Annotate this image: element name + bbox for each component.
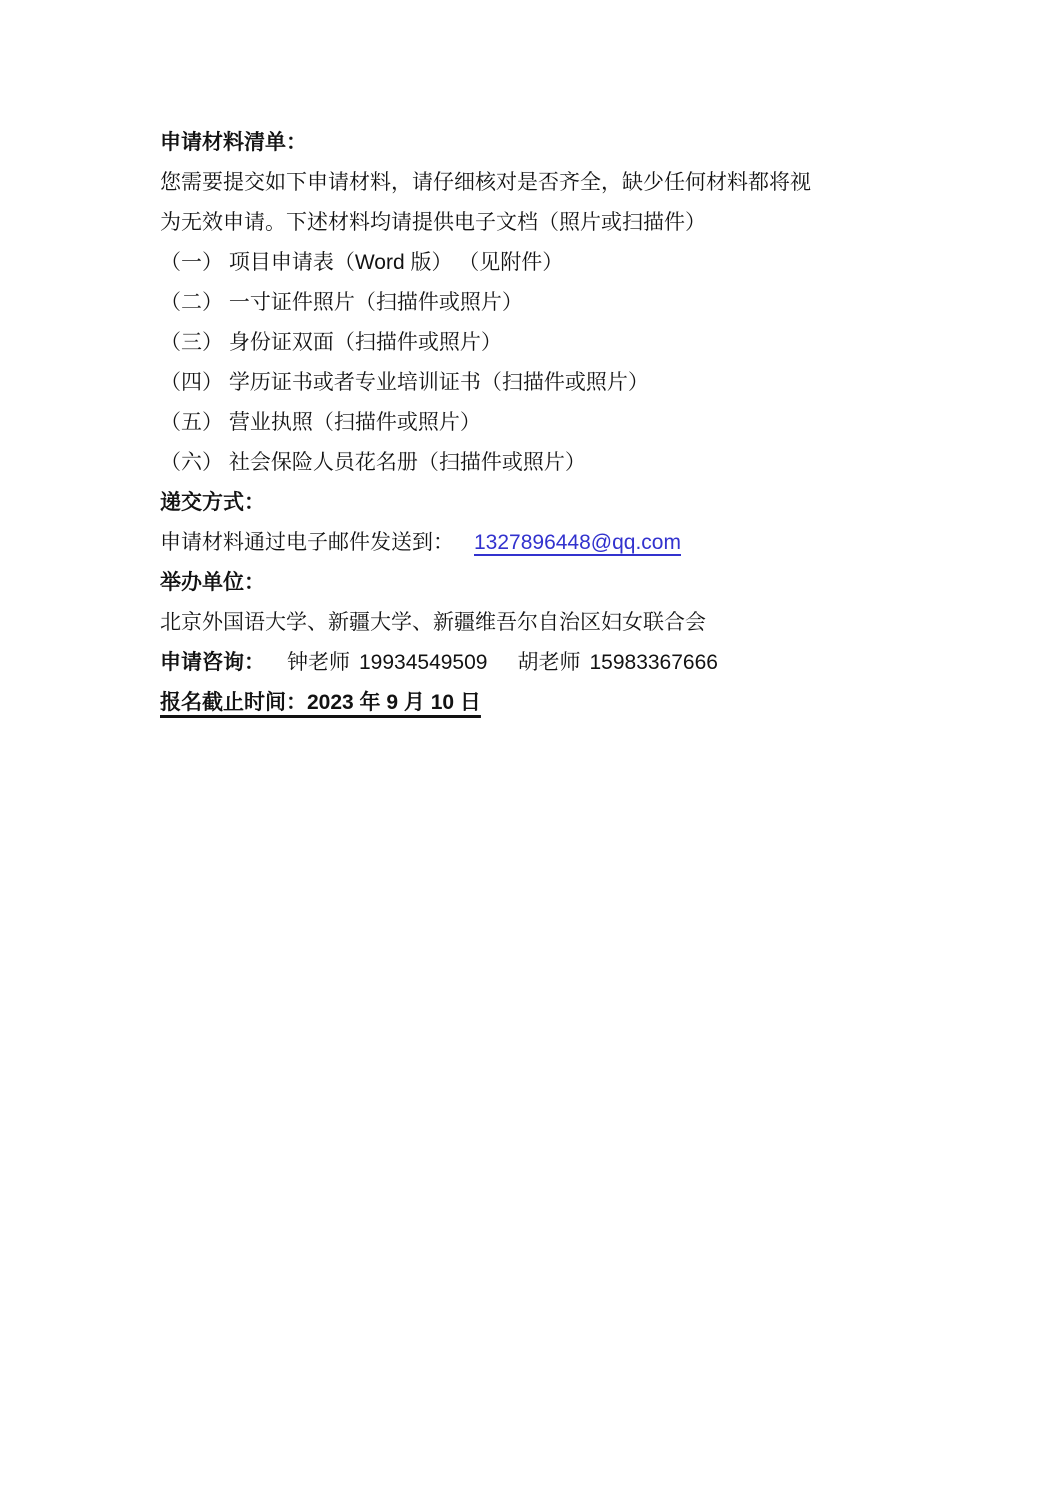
material-item-1: （一） 项目申请表（Word 版） （见附件） <box>160 243 901 283</box>
materials-heading: 申请材料清单： <box>160 123 901 163</box>
intro-line-1: 您需要提交如下申请材料，请仔细核对是否齐全，缺少任何材料都将视 <box>160 163 901 203</box>
consult-contact1-name: 钟老师 <box>287 651 350 674</box>
submission-heading: 递交方式： <box>160 483 901 523</box>
intro-line-2: 为无效申请。下述材料均请提供电子文档（照片或扫描件） <box>160 203 901 243</box>
material-item-2: （二） 一寸证件照片（扫描件或照片） <box>160 283 901 323</box>
material-item-4: （四） 学历证书或者专业培训证书（扫描件或照片） <box>160 363 901 403</box>
deadline-text: 报名截止时间：2023 年 9 月 10 日 <box>160 691 481 714</box>
material-item-3: （三） 身份证双面（扫描件或照片） <box>160 323 901 363</box>
consult-contact2-name: 胡老师 <box>517 651 580 674</box>
deadline-line: 报名截止时间：2023 年 9 月 10 日 <box>160 683 901 723</box>
submission-label: 申请材料通过电子邮件发送到： <box>160 531 454 554</box>
material-item-6: （六） 社会保险人员花名册（扫描件或照片） <box>160 443 901 483</box>
material-item-5: （五） 营业执照（扫描件或照片） <box>160 403 901 443</box>
email-link[interactable]: 1327896448@qq.com <box>474 531 681 554</box>
organizer-heading: 举办单位： <box>160 563 901 603</box>
consult-contact2-phone: 15983367666 <box>589 651 717 674</box>
document-page: 申请材料清单： 您需要提交如下申请材料，请仔细核对是否齐全，缺少任何材料都将视 … <box>0 0 1061 1500</box>
submission-line: 申请材料通过电子邮件发送到：1327896448@qq.com <box>160 523 901 563</box>
consult-contact1-phone: 19934549509 <box>359 651 487 674</box>
consult-heading: 申请咨询： <box>160 651 265 674</box>
consult-line: 申请咨询：钟老师19934549509胡老师15983367666 <box>160 643 901 683</box>
organizer-text: 北京外国语大学、新疆大学、新疆维吾尔自治区妇女联合会 <box>160 603 901 643</box>
